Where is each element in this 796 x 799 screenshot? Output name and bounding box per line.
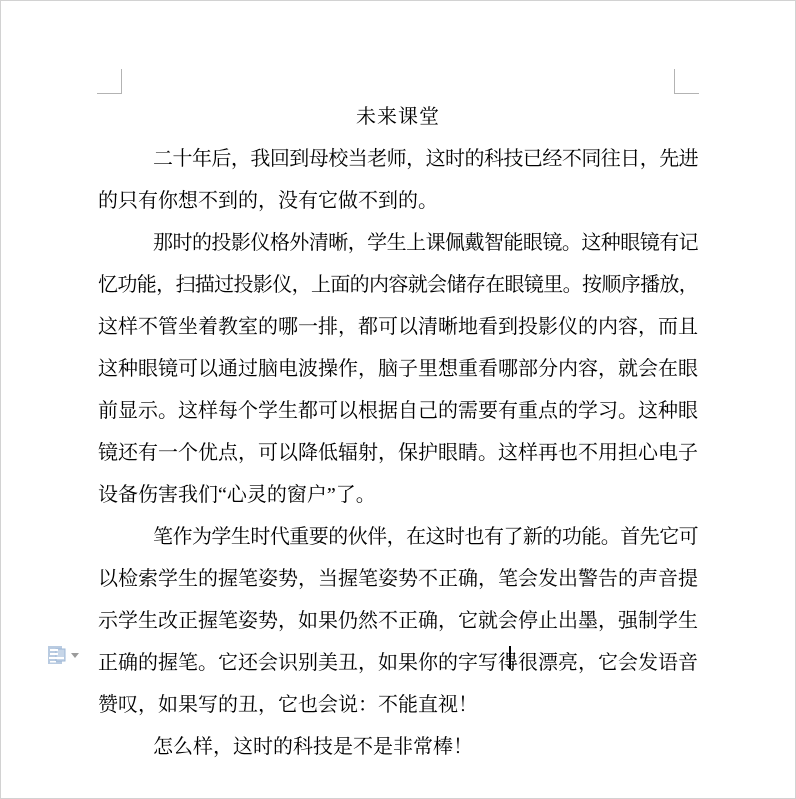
text-line[interactable]: 忆功能，扫描过投影仪，上面的内容就会储存在眼镜里。按顺序播放， [98,264,698,306]
text-line[interactable]: 以检索学生的握笔姿势，当握笔姿势不正确，笔会发出警告的声音提 [98,558,698,600]
text-line[interactable]: 镜还有一个优点，可以降低辐射，保护眼睛。这样再也不用担心电子 [98,432,698,474]
text-line[interactable]: 设备伤害我们“心灵的窗户”了。 [98,474,698,516]
text-line[interactable]: 这种眼镜可以通过脑电波操作，脑子里想重看哪部分内容，就会在眼 [98,348,698,390]
text-line[interactable]: 示学生改正握笔姿势，如果仍然不正确，它就会停止出墨，强制学生 [98,600,698,642]
paste-options-button[interactable] [47,642,83,668]
crop-mark-top-left [121,69,122,94]
text-line[interactable]: 的只有你想不到的，没有它做不到的。 [98,180,698,222]
text-cursor [509,646,511,669]
text-line[interactable]: 正确的握笔。它还会识别美丑，如果你的字写得很漂亮，它会发语音 [98,642,698,684]
text-line[interactable]: 怎么样，这时的科技是不是非常棒！ [98,726,698,768]
crop-mark-top-right [674,93,699,94]
document-page: 未来课堂 二十年后，我回到母校当老师，这时的科技已经不同往日，先进的只有你想不到… [0,0,796,799]
paste-options-icon [47,645,66,666]
text-line[interactable]: 前显示。这样每个学生都可以根据自己的需要有重点的学习。这种眼 [98,390,698,432]
body-text[interactable]: 未来课堂 二十年后，我回到母校当老师，这时的科技已经不同往日，先进的只有你想不到… [98,96,698,768]
chevron-down-icon [71,653,79,658]
crop-mark-top-right [674,69,675,94]
text-line[interactable]: 二十年后，我回到母校当老师，这时的科技已经不同往日，先进 [98,138,698,180]
text-line[interactable]: 那时的投影仪格外清晰，学生上课佩戴智能眼镜。这种眼镜有记 [98,222,698,264]
document-title[interactable]: 未来课堂 [98,96,698,138]
text-line[interactable]: 这样不管坐着教室的哪一排，都可以清晰地看到投影仪的内容，而且 [98,306,698,348]
text-line[interactable]: 笔作为学生时代重要的伙伴，在这时也有了新的功能。首先它可 [98,516,698,558]
text-line[interactable]: 赞叹，如果写的丑，它也会说：不能直视！ [98,684,698,726]
crop-mark-top-left [97,93,122,94]
